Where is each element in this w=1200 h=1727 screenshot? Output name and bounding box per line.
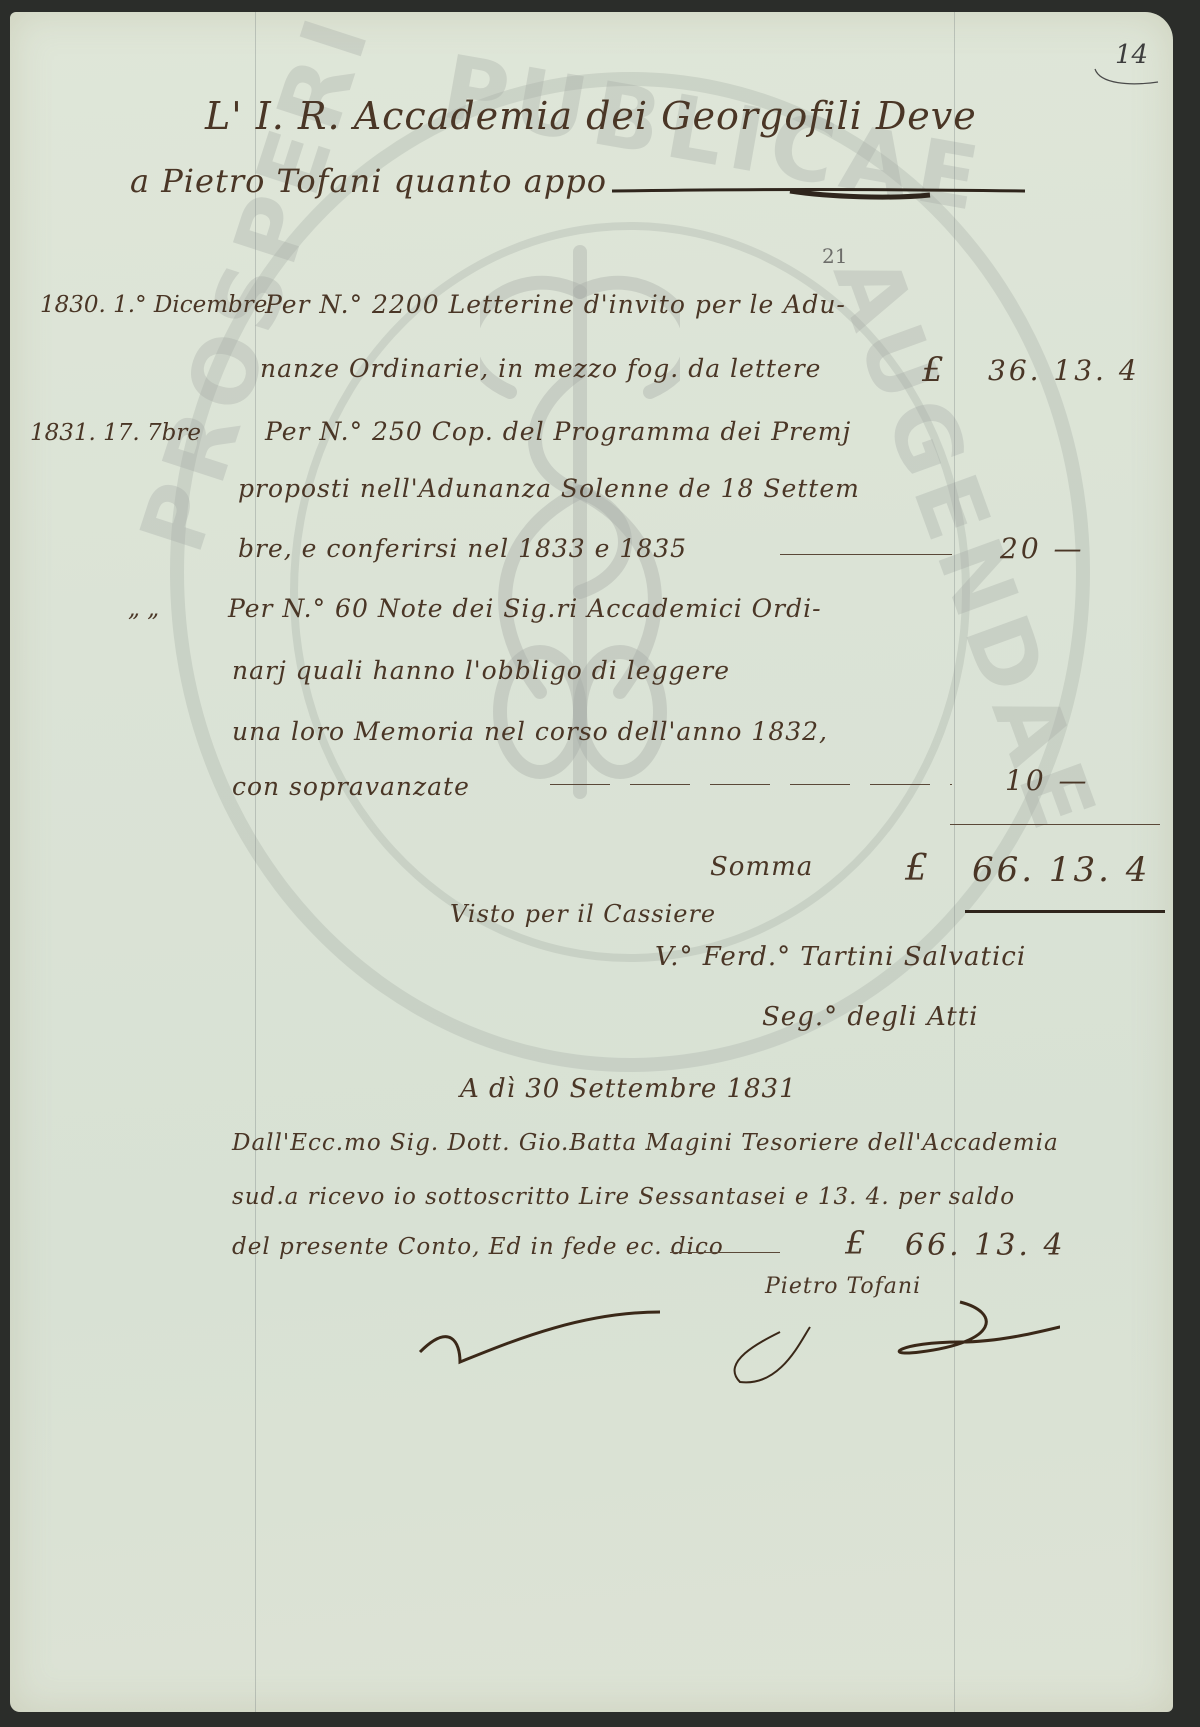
entry-3-line-1: Per N.° 60 Note dei Sig.ri Accademici Or… xyxy=(228,594,822,623)
entry-2-line-1: Per N.° 250 Cop. del Programma dei Premj xyxy=(265,417,851,446)
heading-line-2: a Pietro Tofani quanto appo xyxy=(130,162,607,200)
signature-flourish xyxy=(360,1282,1060,1392)
entry-1-currency-symbol: £ xyxy=(922,350,947,390)
folio-number: 14 xyxy=(1115,40,1148,70)
entry-3-line-4: con sopravanzate xyxy=(232,772,470,801)
receipt-date: A dì 30 Settembre 1831 xyxy=(460,1074,797,1104)
entry-2-line-3: bre, e conferirsi nel 1833 e 1835 xyxy=(238,534,687,563)
heading-line-1: L' I. R. Accademia dei Georgofili Deve xyxy=(205,94,977,138)
receipt-amount: 66. 13. 4 xyxy=(905,1228,1066,1263)
receipt-line-1: Dall'Ecc.mo Sig. Dott. Gio.Batta Magini … xyxy=(232,1130,1059,1156)
receipt-line-3: del presente Conto, Ed in fede ec. dico xyxy=(232,1234,724,1260)
entry-1-amount: 36. 13. 4 xyxy=(988,354,1140,387)
receipt-line-2: sud.a ricevo io sottoscritto Lire Sessan… xyxy=(232,1184,1015,1210)
receipt-signature: Pietro Tofani xyxy=(765,1274,921,1299)
amount-column-rule xyxy=(954,12,955,1712)
entry-1-date: 1830. 1.° Dicembre xyxy=(40,292,267,318)
entry-3-line-2: narj quali hanno l'obbligo di leggere xyxy=(232,656,730,685)
approval-secretary-title: Seg.° degli Atti xyxy=(762,1002,978,1032)
manuscript-page: PROSPERITATI PUBLICAE AUGENDAE 14 L' I. … xyxy=(10,12,1173,1712)
pencil-numeral: 21 xyxy=(822,244,847,268)
entry-2-date: 1831. 17. 7bre xyxy=(30,420,201,446)
left-margin-rule xyxy=(255,12,256,1712)
total-double-rule xyxy=(965,910,1165,913)
approval-visto: Visto per il Cassiere xyxy=(450,900,716,928)
total-label: Somma xyxy=(710,852,813,882)
entry-1-line-1: Per N.° 2200 Letterine d'invito per le A… xyxy=(265,290,846,319)
receipt-leader-line xyxy=(670,1252,780,1253)
approval-signature-tartini: V.° Ferd.° Tartini Salvatici xyxy=(655,942,1026,972)
entry-3-date-ditto: „ „ xyxy=(128,596,159,622)
entry-2-amount: 20 — xyxy=(1000,532,1085,565)
entry-3-line-3: una loro Memoria nel corso dell'anno 183… xyxy=(232,717,828,746)
entry-3-leader-line xyxy=(550,784,952,785)
total-currency-symbol: £ xyxy=(905,848,931,889)
entry-1-line-2: nanze Ordinarie, in mezzo fog. da letter… xyxy=(260,354,821,383)
total-rule xyxy=(950,824,1160,825)
receipt-currency-symbol: £ xyxy=(845,1224,868,1262)
entry-2-line-2: proposti nell'Adunanza Solenne de 18 Set… xyxy=(238,474,860,503)
entry-3-amount: 10 — xyxy=(1005,764,1090,797)
total-amount: 66. 13. 4 xyxy=(972,850,1150,890)
entry-2-leader-line xyxy=(780,554,952,555)
